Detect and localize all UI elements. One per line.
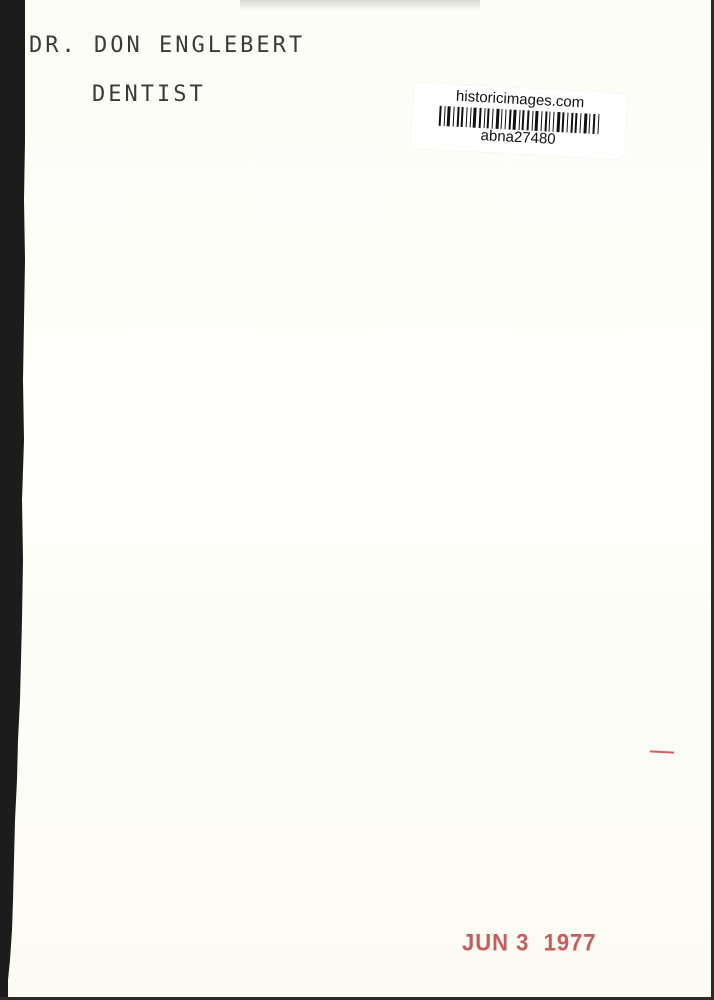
red-pencil-mark bbox=[650, 750, 674, 753]
typed-name: DR. DON ENGLEBERT bbox=[29, 33, 305, 58]
top-smudge bbox=[240, 0, 480, 10]
photo-back-page: DR. DON ENGLEBERT DENTIST historicimages… bbox=[0, 0, 714, 1000]
paper-sheet: DR. DON ENGLEBERT DENTIST historicimages… bbox=[0, 0, 711, 997]
date-stamp: JUN 3 1977 bbox=[462, 929, 597, 958]
typed-profession: DENTIST bbox=[92, 82, 206, 107]
archive-label: historicimages.com abna27480 bbox=[410, 82, 627, 159]
